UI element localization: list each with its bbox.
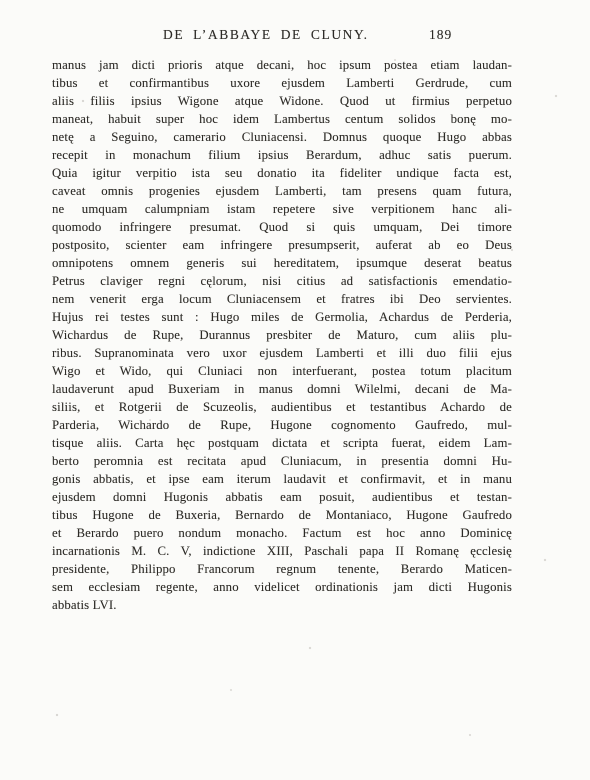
text-line: gonis abbatis, et ipse eam iterum laudav… [52,470,512,488]
text-line: nem venerit erga locum Cluniacensem et f… [52,290,512,308]
page-number: 189 [429,27,452,43]
text-line: caveat omnis progenies ejusdem Lamberti,… [52,182,512,200]
text-line: tibus Hugone de Buxeria, Bernardo de Mon… [52,506,512,524]
book-page-scan: DE L’ABBAYE DE CLUNY. 189 manus jam dict… [0,0,590,780]
text-line: maneat, habuit super hoc idem Lambertus … [52,110,512,128]
text-line: aliis filiis ipsius Wigone atque Widone.… [52,92,512,110]
text-line: Hujus rei testes sunt : Hugo miles de Ge… [52,308,512,326]
text-line: berto peromnia est recitata apud Cluniac… [52,452,512,470]
text-line: abbatis LVI. [52,596,512,614]
text-line: postposito, scienter eam infringere pres… [52,236,512,254]
text-line: ribus. Supranominata vero uxor ejusdem L… [52,344,512,362]
text-line: recepit in monachum filium ipsius Berard… [52,146,512,164]
body-text-block: manus jam dicti prioris atque decani, ho… [52,56,512,614]
text-line: tibus et confirmantibus uxore ejusdem La… [52,74,512,92]
text-line: siliis, et Rotgerii de Scuzeolis, audien… [52,398,512,416]
text-line: omnipotens omnem generis sui hereditatem… [52,254,512,272]
running-header: DE L’ABBAYE DE CLUNY. 189 [0,27,590,47]
text-line: et Berardo puero nondum monacho. Factum … [52,524,512,542]
text-line: laudaverunt apud Buxeriam in manus domni… [52,380,512,398]
text-line: ejusdem domni Hugonis abbatis eam posuit… [52,488,512,506]
text-line: tisque aliis. Carta hęc postquam dictata… [52,434,512,452]
text-line: netę a Seguino, camerario Cluniacensi. D… [52,128,512,146]
text-line: Wigo et Wido, qui Cluniaci non interfuer… [52,362,512,380]
text-line: ne umquam calumpniam istam repetere sive… [52,200,512,218]
running-header-title: DE L’ABBAYE DE CLUNY. [163,27,369,43]
text-line: Parderia, Wichardo de Rupe, Hugone cogno… [52,416,512,434]
text-line: manus jam dicti prioris atque decani, ho… [52,56,512,74]
text-line: presidente, Philippo Francorum regnum te… [52,560,512,578]
text-line: Petrus claviger regni cęlorum, nisi citi… [52,272,512,290]
text-line: Quia igitur verpitio ista seu donatio it… [52,164,512,182]
text-line: quomodo infringere presumat. Quod si qui… [52,218,512,236]
text-line: Wichardus de Rupe, Durannus presbiter de… [52,326,512,344]
text-line: sem ecclesiam regente, anno videlicet or… [52,578,512,596]
text-line: incarnationis M. C. V, indictione XIII, … [52,542,512,560]
